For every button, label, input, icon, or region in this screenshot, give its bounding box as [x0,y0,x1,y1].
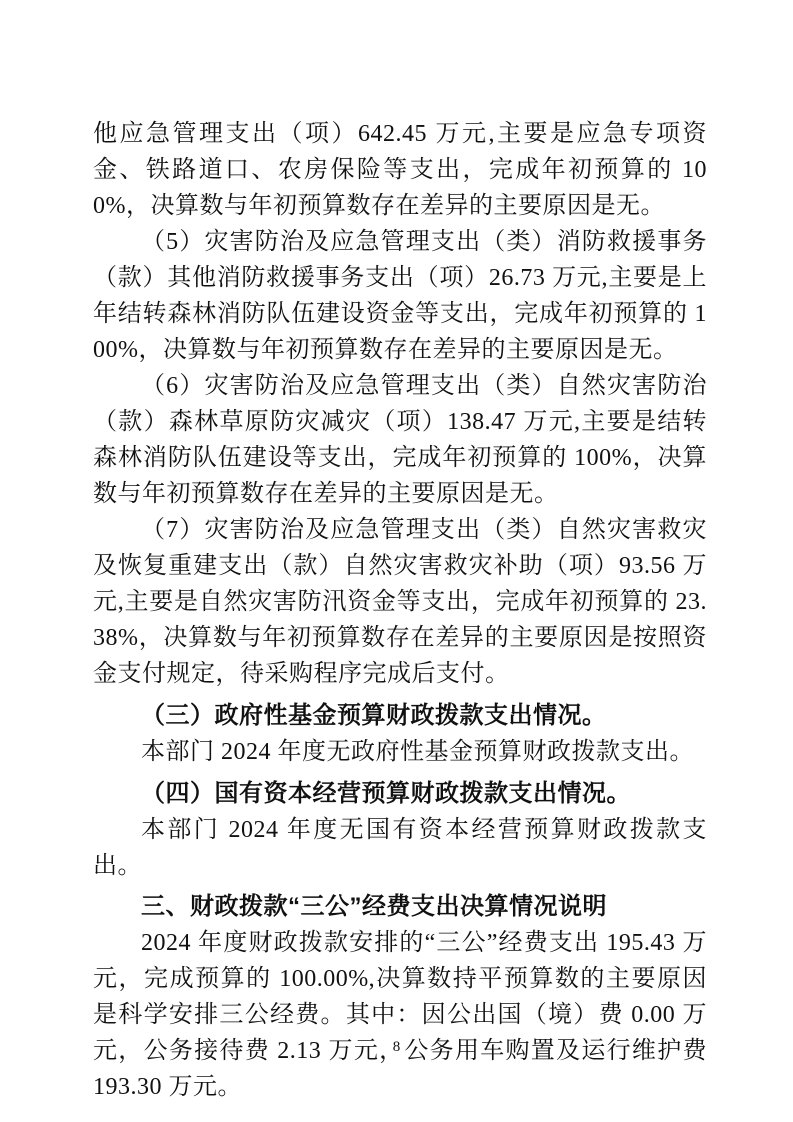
paragraph-expenditure-item-7: （7）灾害防治及应急管理支出（类）自然灾害救灾及恢复重建支出（款）自然灾害救灾补… [93,512,707,692]
document-body: 他应急管理支出（项）642.45 万元,主要是应急专项资金、铁路道口、农房保险等… [93,116,707,1105]
paragraph-government-fund-budget: 本部门 2024 年度无政府性基金预算财政拨款支出。 [93,734,707,770]
page-number: 8 [0,1038,793,1056]
paragraph-state-capital-budget: 本部门 2024 年度无国有资本经营预算财政拨款支出。 [93,812,707,884]
paragraph-expenditure-item-4-continued: 他应急管理支出（项）642.45 万元,主要是应急专项资金、铁路道口、农房保险等… [93,116,707,224]
heading-chapter-3-three-public-expenses: 三、财政拨款“三公”经费支出决算情况说明 [93,889,707,925]
heading-section-4-state-capital-budget: （四）国有资本经营预算财政拨款支出情况。 [93,776,707,812]
paragraph-expenditure-item-5: （5）灾害防治及应急管理支出（类）消防救援事务（款）其他消防救援事务支出（项）2… [93,224,707,368]
heading-section-3-government-fund-budget: （三）政府性基金预算财政拨款支出情况。 [93,698,707,734]
paragraph-expenditure-item-6: （6）灾害防治及应急管理支出（类）自然灾害防治（款）森林草原防灾减灾（项）138… [93,368,707,512]
document-page: 他应急管理支出（项）642.45 万元,主要是应急专项资金、铁路道口、农房保险等… [0,0,793,1122]
paragraph-three-public-expenses-detail: 2024 年度财政拨款安排的“三公”经费支出 195.43 万元，完成预算的 1… [93,925,707,1105]
